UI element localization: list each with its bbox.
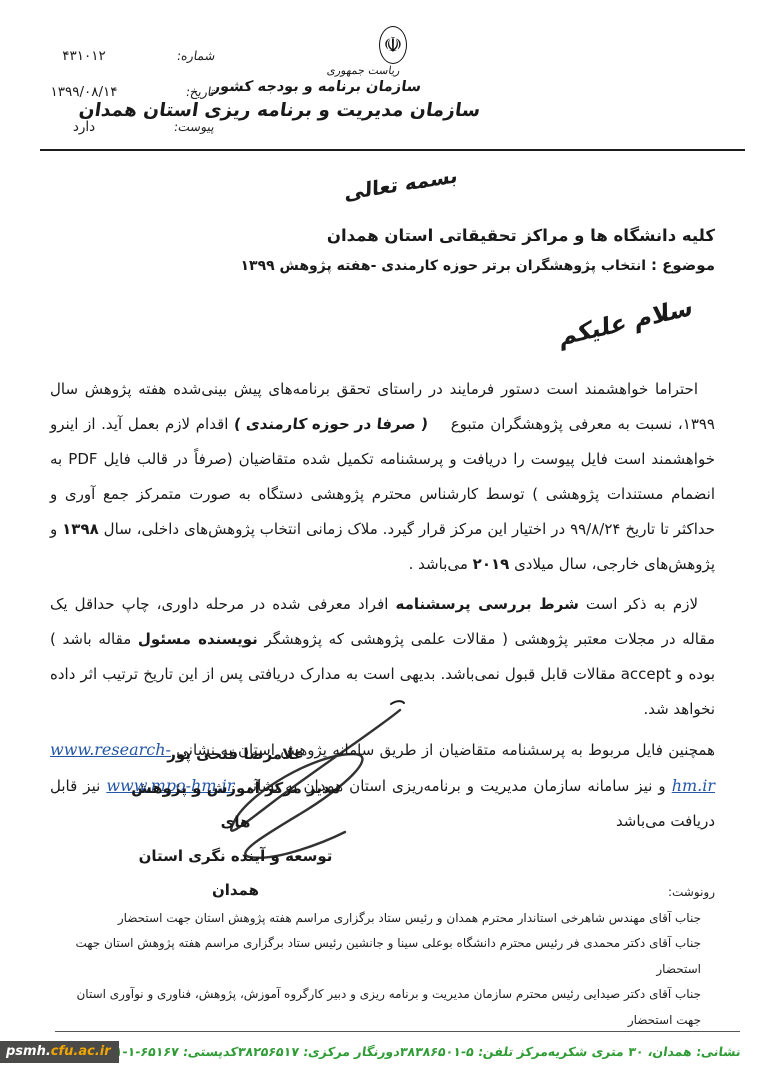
cc-item-governor: جناب آقای مهندس شاهرخی استاندار محترم هم… xyxy=(48,906,715,932)
p1-text: می‌باشد . xyxy=(409,555,473,573)
header-presidency: ریاست جمهوری xyxy=(326,64,401,77)
body-paragraph-1: احتراما خواهشمند است دستور فرمایند در را… xyxy=(50,372,715,582)
number-label: شماره: xyxy=(176,48,216,63)
p1-year-2019: ۲۰۱۹ xyxy=(473,555,510,573)
greeting-calligraphy: سلام علیکم xyxy=(560,292,694,351)
subject-text: انتخاب پژوهشگران برتر حوزه کارمندی -هفته… xyxy=(241,258,647,274)
watermark-prefix: psmh. xyxy=(6,1044,51,1059)
header-divider xyxy=(40,149,745,151)
signatory-title-line1: مدیر مرکز آموزش و پژوهش های xyxy=(118,771,353,839)
p1-emphasis-employee-scope: ( صرفا در حوزه کارمندی ) xyxy=(232,407,447,442)
besmele-calligraphy: بسمه تعالی xyxy=(344,163,457,205)
attachment-label: پیوست: xyxy=(173,119,216,134)
watermark-domain: cfu.ac.ir xyxy=(51,1044,111,1059)
date-value: ۱۳۹۹/۰۸/۱۴ xyxy=(28,84,140,100)
cc-section: رونوشت: جناب آقای مهندس شاهرخی استاندار … xyxy=(48,880,715,1033)
date-label: تاریخ: xyxy=(185,84,216,99)
signatory-name: غلامرضا فتحی پور xyxy=(118,737,353,771)
subject-label: موضوع : xyxy=(651,256,715,274)
footer-phone: مرکز تلفن: ۵-۳۸۳۸۶۵۰۱ xyxy=(399,1044,549,1059)
iran-emblem-glyph: ☫ xyxy=(384,35,403,56)
p2-emphasis-condition: شرط بررسی پرسشنامه xyxy=(395,595,578,613)
iran-emblem-icon: ☫ xyxy=(379,26,407,64)
footer-address: نشانی: همدان، ۳۰ متری شکریه xyxy=(547,1044,742,1059)
attachment-value: دارد xyxy=(28,119,140,135)
p1-year-1398: ۱۳۹۸ xyxy=(62,520,99,538)
body-paragraph-2: لازم به ذکر است شرط بررسی پرسشنامه افراد… xyxy=(50,587,715,727)
number-value: ۴۳۱۰۱۲ xyxy=(28,48,140,64)
footer-bar: نشانی: همدان، ۳۰ متری شکریه مرکز تلفن: ۵… xyxy=(150,1044,741,1059)
cc-item-university-president: جناب آقای دکتر محمدی فر رئیس محترم دانشگ… xyxy=(48,931,715,982)
letter-page: ☫ ریاست جمهوری سازمان برنامه و بودجه کشو… xyxy=(0,0,763,1080)
header-org-country: سازمان برنامه و بودجه کشور xyxy=(211,79,422,95)
site-watermark: psmh.cfu.ac.ir xyxy=(0,1041,119,1063)
subject-line: موضوع : انتخاب پژوهشگران برتر حوزه کارمن… xyxy=(241,256,716,274)
cc-label: رونوشت: xyxy=(48,880,715,906)
recipient-line: کلیه دانشگاه ها و مراکز تحقیقاتی استان ه… xyxy=(327,226,715,245)
p2-emphasis-corresponding-author: نویسنده مسئول xyxy=(138,630,258,648)
p2-text: لازم به ذکر است xyxy=(579,595,698,613)
footer-fax: دورنگار مرکزی: ۳۸۲۵۶۵۱۷ xyxy=(237,1044,401,1059)
header-org-province: سازمان مدیریت و برنامه ریزی استان همدان xyxy=(77,100,481,121)
cc-item-mpo-president: جناب آقای دکتر صیدایی رئیس محترم سازمان … xyxy=(48,982,715,1033)
footer-divider xyxy=(55,1031,740,1032)
